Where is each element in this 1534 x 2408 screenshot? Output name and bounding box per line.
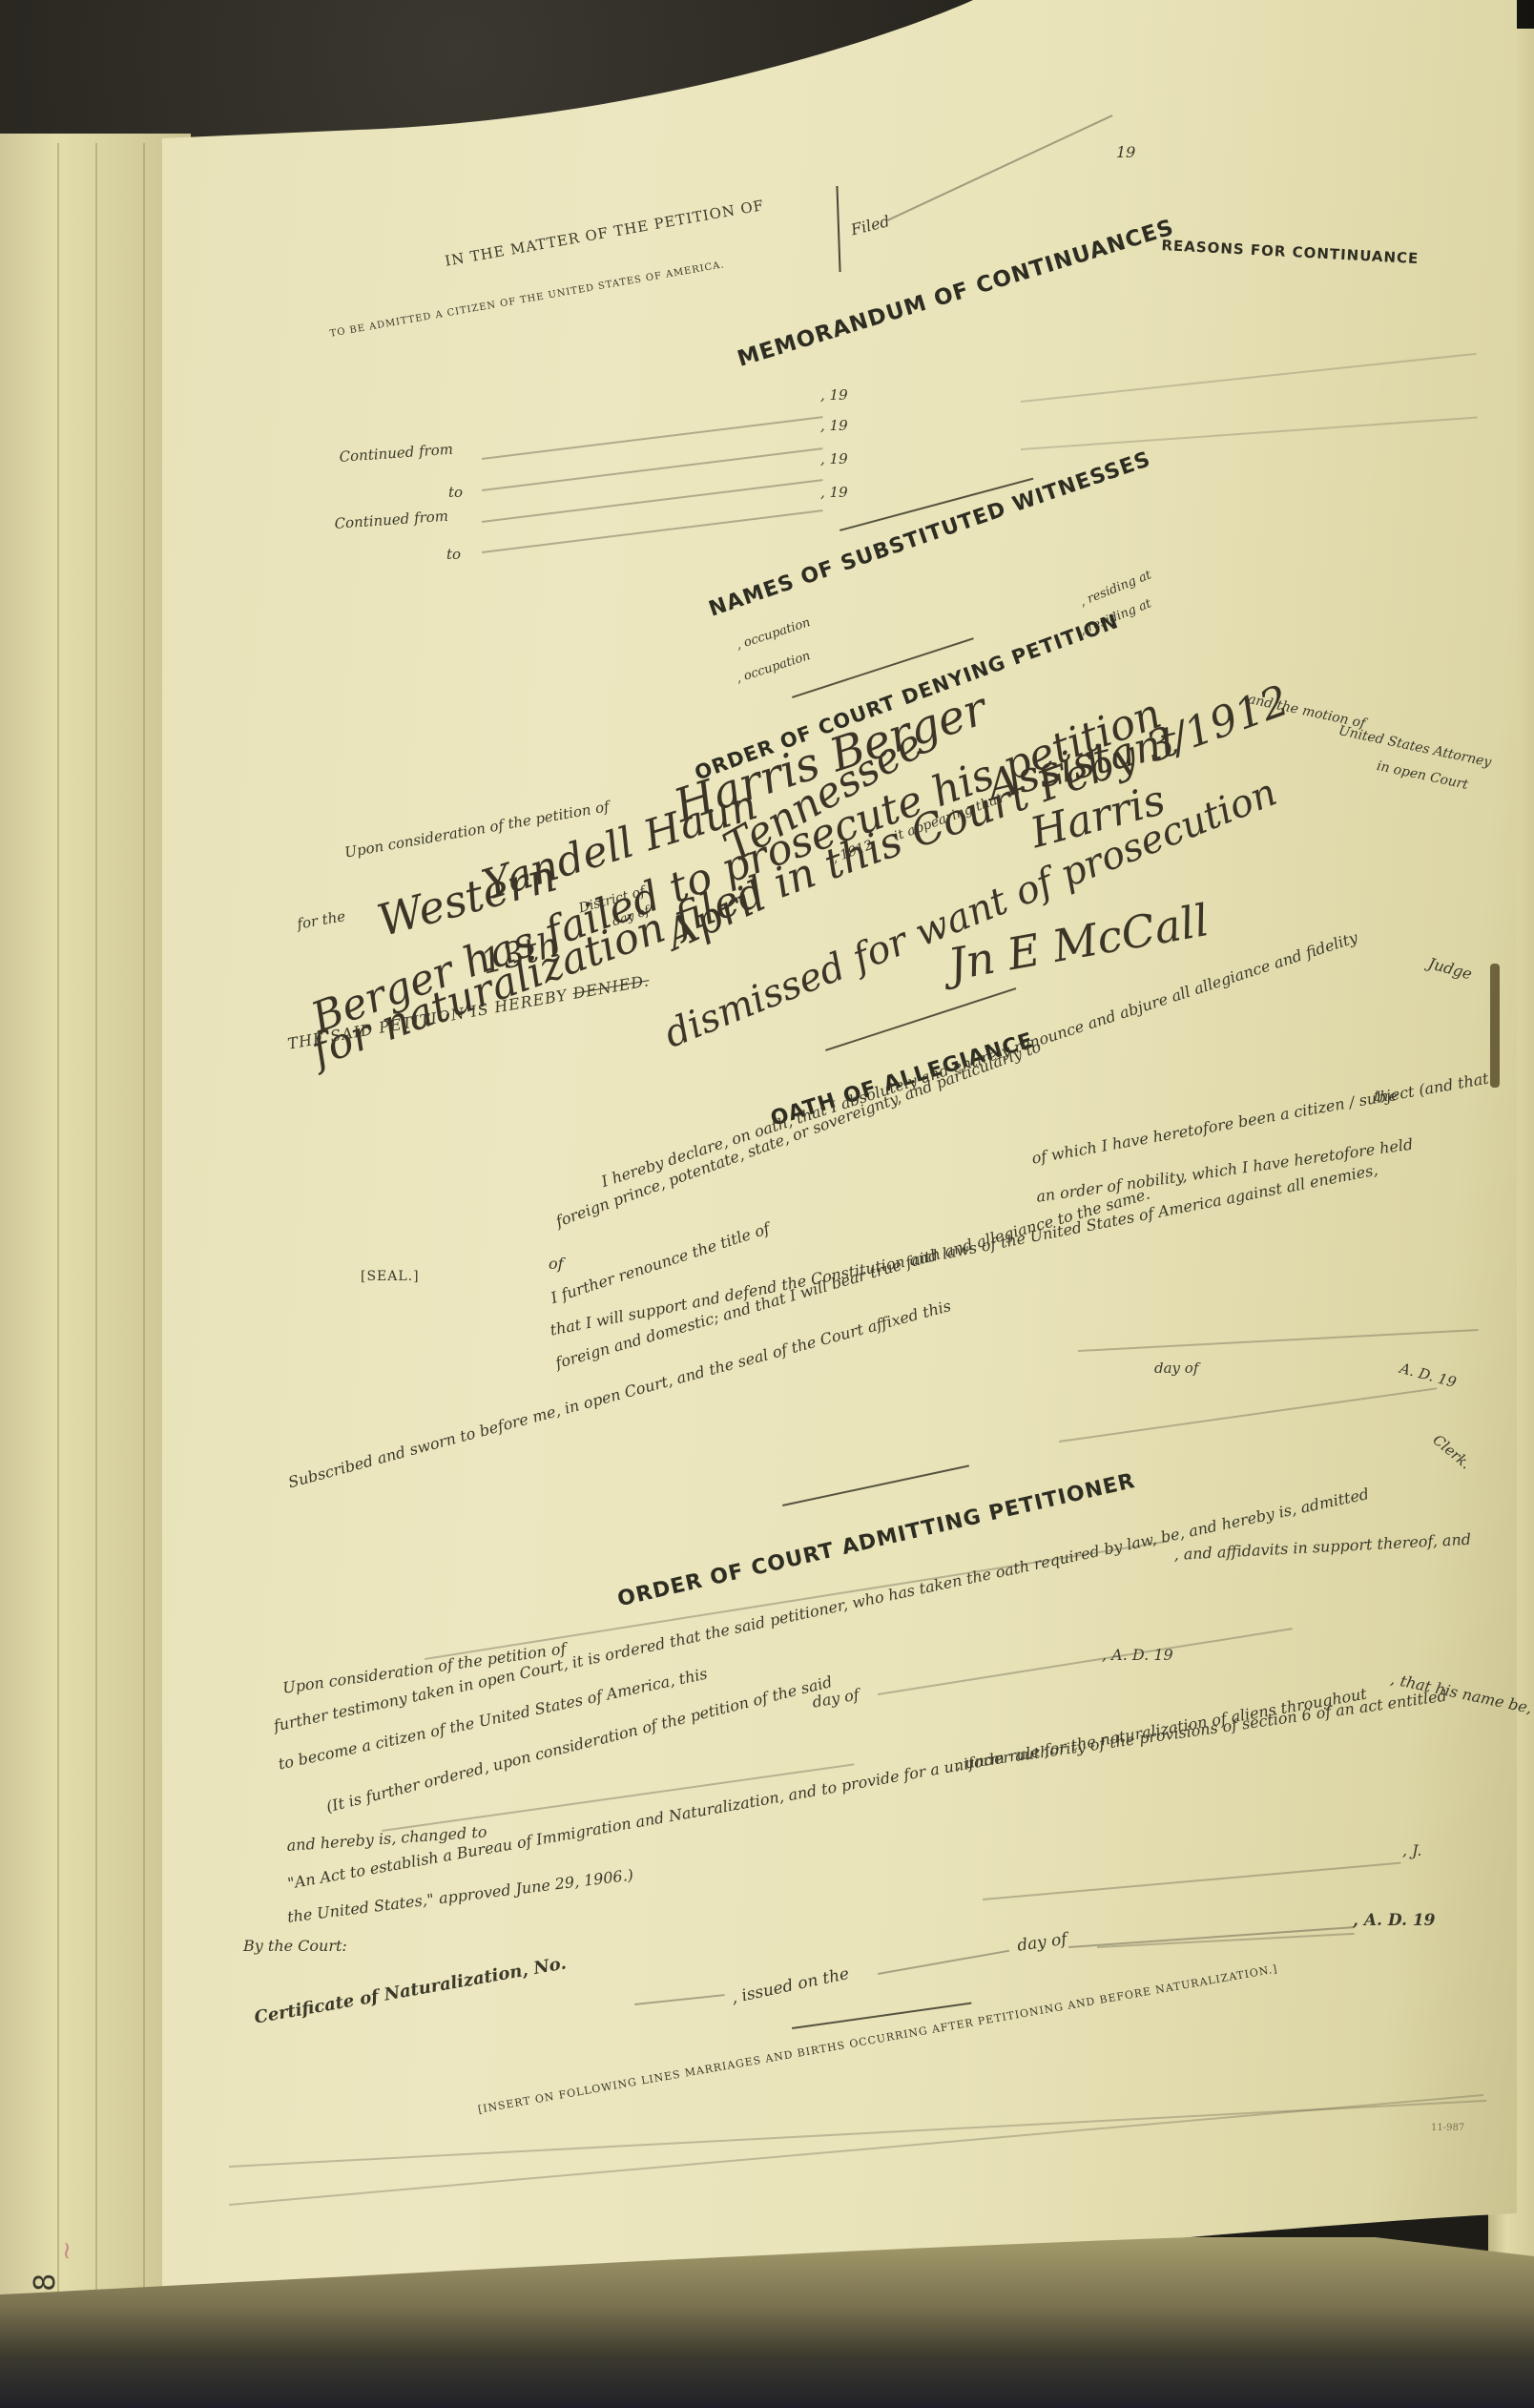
filed-year: 19	[1116, 143, 1135, 161]
judge-suffix-label: , J.	[1402, 1841, 1421, 1859]
continuance-year: , 19	[820, 386, 848, 404]
page-edge	[143, 143, 145, 2318]
red-pencil-mark: ~	[52, 2240, 81, 2261]
ledger-page	[162, 0, 1517, 2290]
page-edge	[57, 143, 59, 2318]
by-the-court-label: By the Court:	[243, 1937, 347, 1955]
page-edge	[95, 143, 97, 2318]
continuance-year: , 19	[820, 417, 848, 434]
seal-label: [SEAL.]	[361, 1269, 420, 1284]
to-label: to	[446, 546, 461, 563]
form-number: 11-987	[1431, 2123, 1464, 2133]
continuance-year: , 19	[820, 484, 848, 501]
ink-stain	[1490, 964, 1500, 1088]
ad-label: , A. D. 19	[1353, 1911, 1436, 1930]
to-label: to	[448, 484, 463, 501]
continuance-year: , 19	[820, 450, 848, 467]
of-label: of	[549, 1255, 564, 1273]
day-of-label: day of	[1154, 1360, 1198, 1377]
